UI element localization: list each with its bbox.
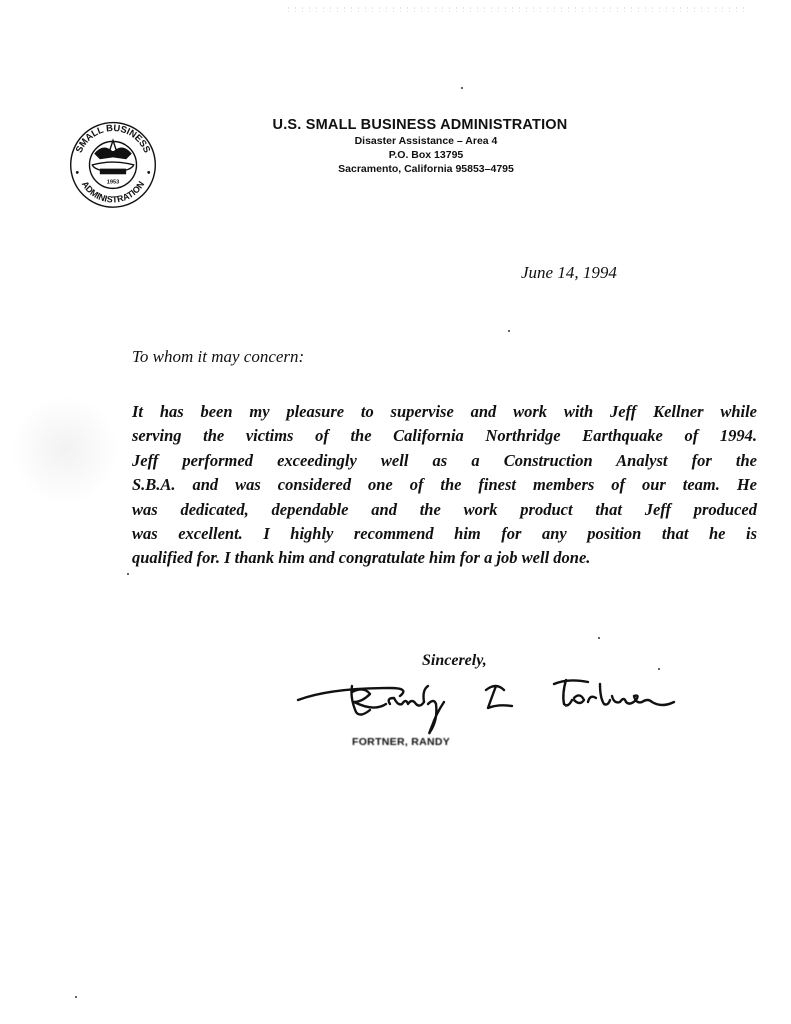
organization-name: U.S. SMALL BUSINESS ADMINISTRATION bbox=[250, 116, 590, 134]
body-line: was excellent. I highly recommend him fo… bbox=[132, 522, 757, 546]
scan-speck bbox=[658, 668, 660, 670]
scan-speck bbox=[508, 330, 510, 332]
letter-date: June 14, 1994 bbox=[521, 263, 617, 283]
body-line: Jeff performed exceedingly well as a Con… bbox=[132, 449, 757, 473]
scan-shadow bbox=[10, 395, 120, 505]
letterhead: U.S. SMALL BUSINESS ADMINISTRATION Disas… bbox=[250, 116, 590, 176]
scan-artifact bbox=[285, 6, 745, 12]
address-line-3: Sacramento, California 95853–4795 bbox=[250, 162, 590, 176]
body-line: S.B.A. and was considered one of the fin… bbox=[132, 473, 757, 497]
typed-name: FORTNER, RANDY bbox=[352, 736, 450, 748]
scan-speck bbox=[127, 573, 129, 575]
body-line: was dedicated, dependable and the work p… bbox=[132, 498, 757, 522]
sba-seal-icon: SMALL BUSINESS ADMINISTRATION 1953 bbox=[66, 116, 160, 210]
body-line: serving the victims of the California No… bbox=[132, 424, 757, 448]
scan-speck bbox=[598, 637, 600, 639]
scan-speck bbox=[75, 996, 77, 998]
seal-year: 1953 bbox=[107, 180, 120, 186]
address-line-2: P.O. Box 13795 bbox=[250, 148, 590, 162]
body-line: It has been my pleasure to supervise and… bbox=[132, 400, 757, 424]
body-line: qualified for. I thank him and congratul… bbox=[132, 546, 757, 570]
signature: Randy L Fortner bbox=[290, 668, 690, 748]
address-line-1: Disaster Assistance – Area 4 bbox=[250, 134, 590, 148]
letter-body: It has been my pleasure to supervise and… bbox=[132, 400, 757, 571]
scan-speck bbox=[461, 87, 463, 89]
salutation: To whom it may concern: bbox=[132, 347, 304, 367]
scan-speck bbox=[565, 705, 567, 707]
